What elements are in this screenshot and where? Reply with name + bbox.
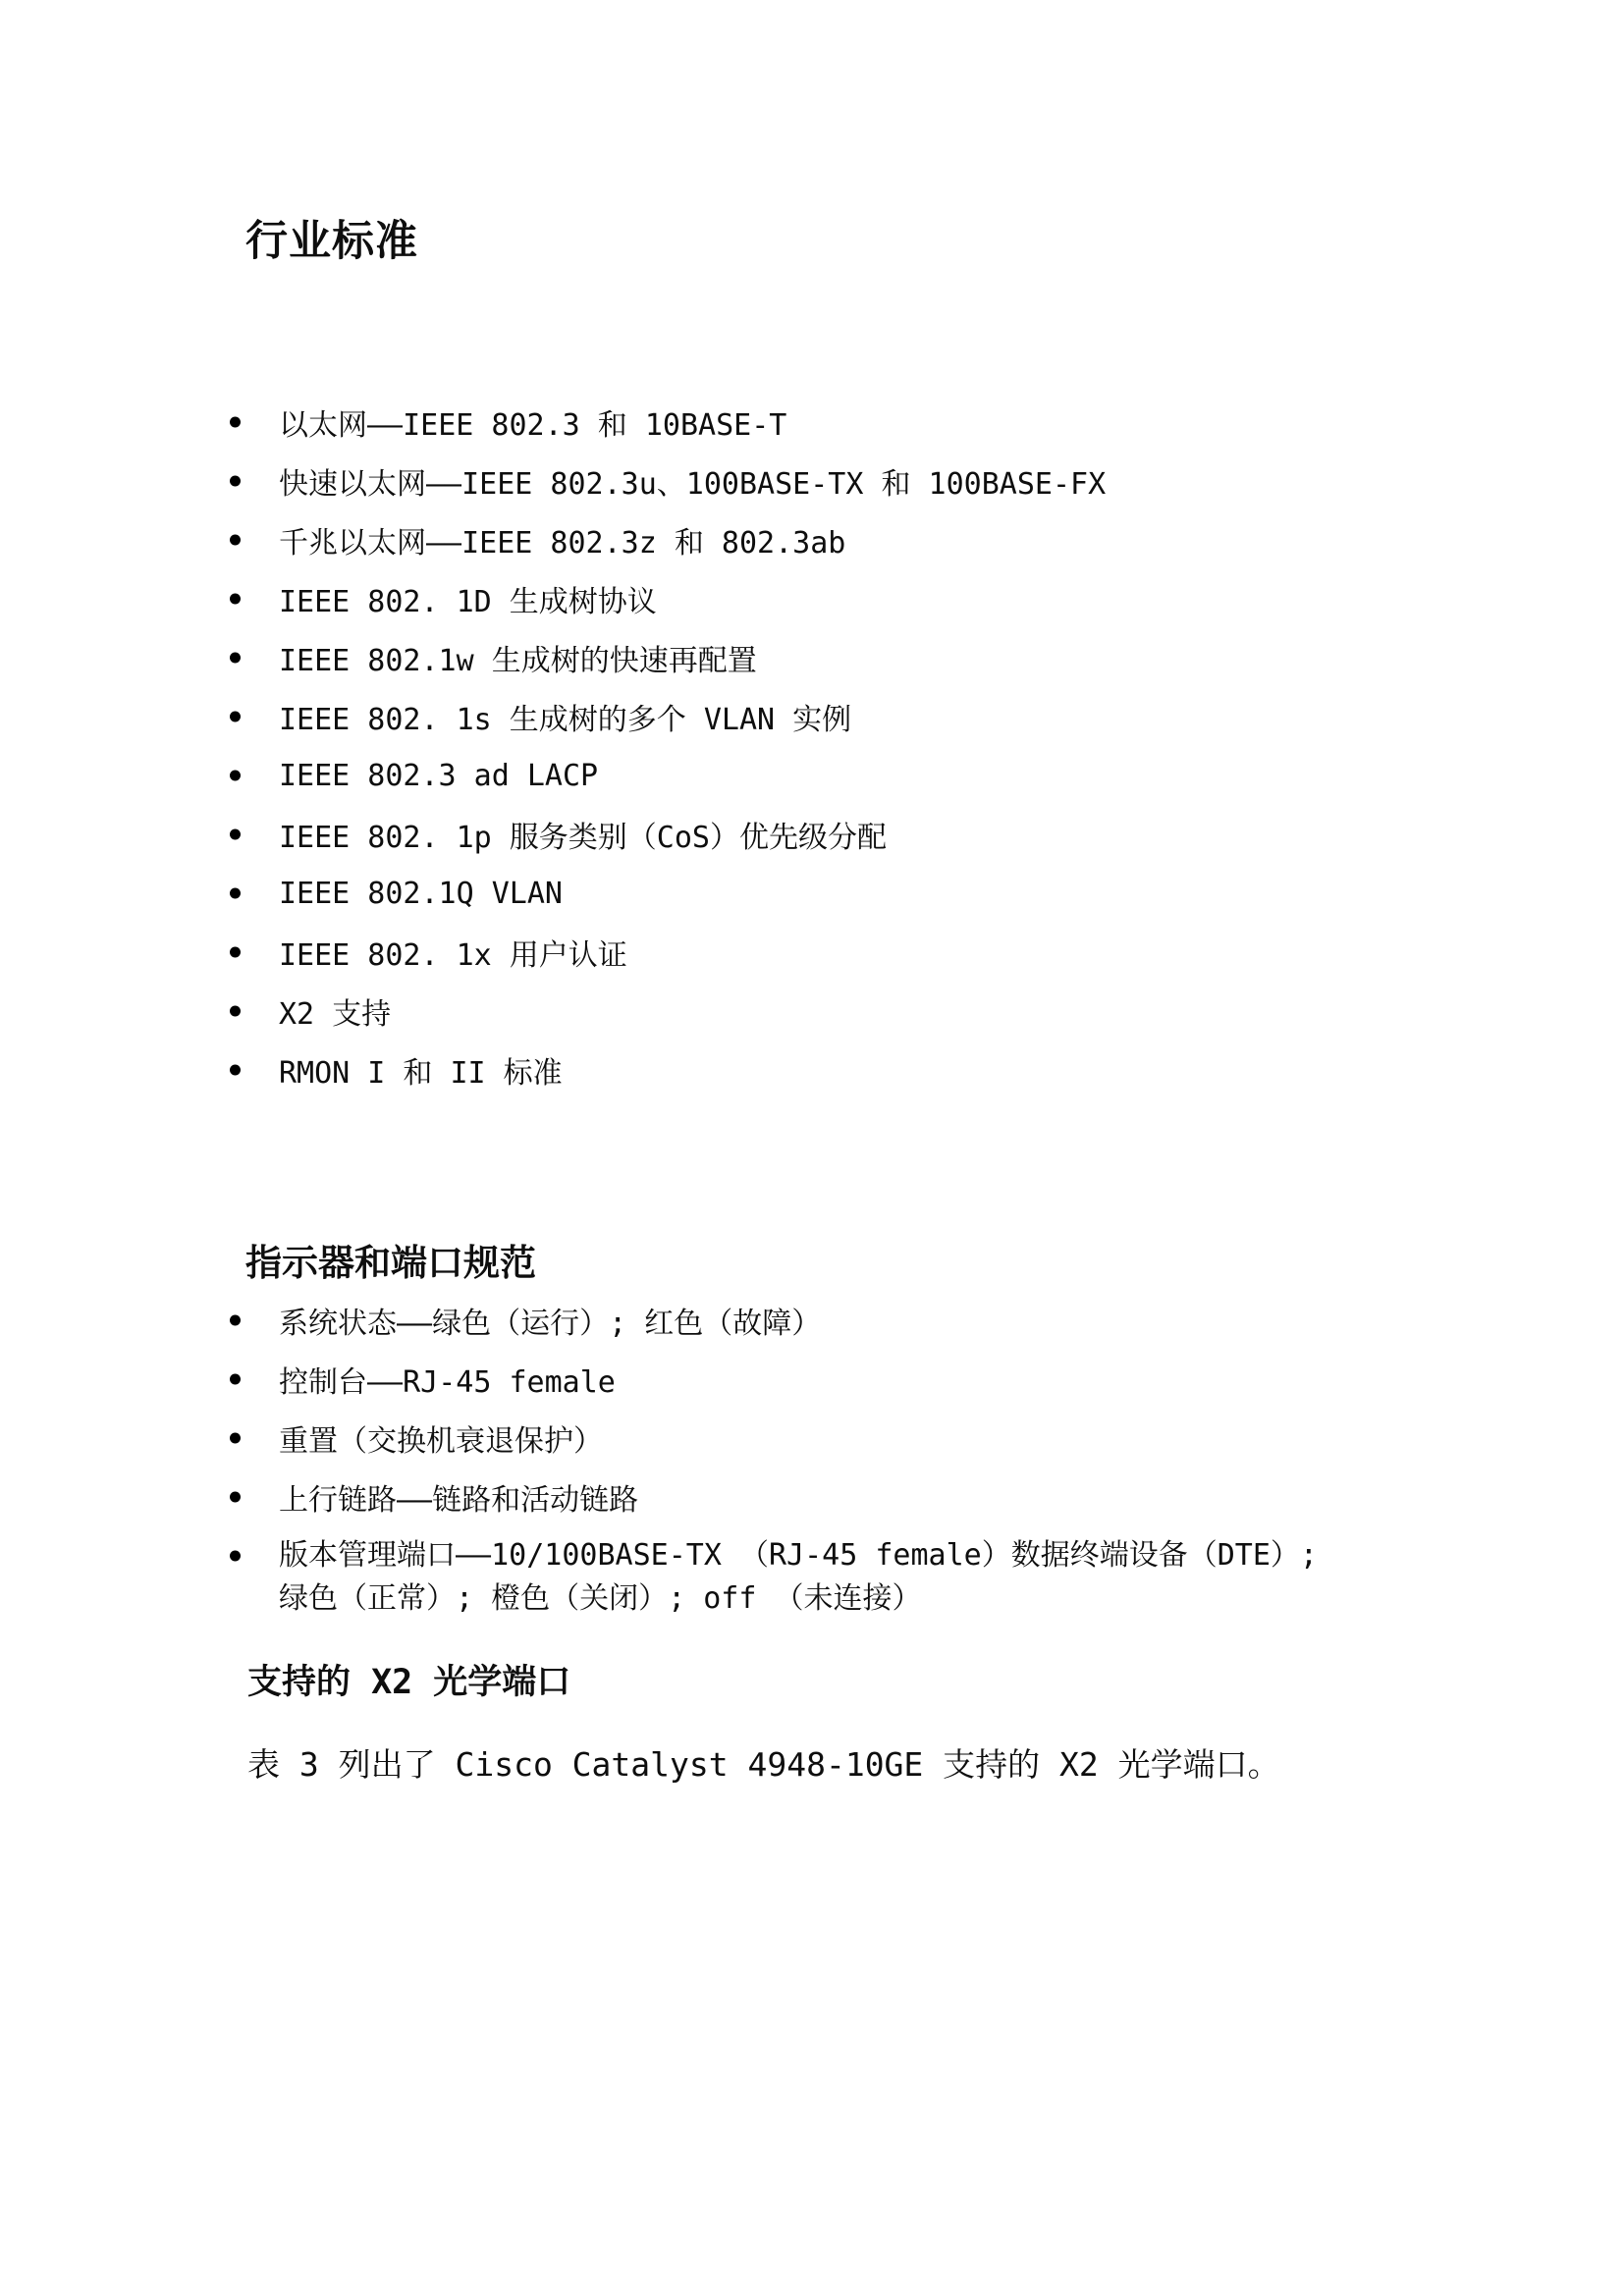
bullet-icon [230,1315,241,1326]
list-item-text: 版本管理端口——10/100BASE-TX （RJ-45 female）数据终端… [279,1534,1318,1621]
bullet-icon [230,829,241,840]
body-paragraph: 表 3 列出了 Cisco Catalyst 4948-10GE 支持的 X2 … [247,1739,1280,1786]
list-item-text: 重置（交换机衰退保护） [279,1416,603,1460]
list-item: IEEE 802. 1p 服务类别（CoS）优先级分配 [0,805,1624,864]
bullet-icon [230,888,241,899]
bullet-icon [230,1374,241,1385]
list-item-text: X2 支持 [279,989,391,1033]
list-item: RMON I 和 II 标准 [0,1041,1624,1099]
list-item-text: IEEE 802. 1s 生成树的多个 VLAN 实例 [279,695,851,738]
bullet-icon [230,712,241,722]
list-item: 上行链路——链路和活动链路 [0,1468,1624,1526]
list-item: IEEE 802. 1s 生成树的多个 VLAN 实例 [0,687,1624,746]
list-item: 系统状态——绿色（运行）; 红色（故障） [0,1291,1624,1350]
bullet-icon [230,535,241,546]
list-item-line-1: 版本管理端口——10/100BASE-TX （RJ-45 female）数据终端… [279,1534,1318,1577]
bullet-icon [230,1006,241,1017]
document-page: 行业标准 以太网——IEEE 802.3 和 10BASE-T 快速以太网——I… [0,0,1624,2296]
bullet-icon [230,476,241,487]
page-title: 行业标准 [245,208,418,268]
list-item-text: 快速以太网——IEEE 802.3u、100BASE-TX 和 100BASE-… [279,459,1106,503]
list-item-text: 以太网——IEEE 802.3 和 10BASE-T [279,400,786,444]
list-item-version-port: 版本管理端口——10/100BASE-TX （RJ-45 female）数据终端… [0,1526,1624,1629]
bullet-icon [230,1551,241,1562]
list-item-text: IEEE 802.1Q VLAN [279,877,563,911]
bullet-icon [230,1065,241,1076]
list-item-text: 系统状态——绿色（运行）; 红色（故障） [279,1299,821,1342]
standards-list: 以太网——IEEE 802.3 和 10BASE-T 快速以太网——IEEE 8… [0,393,1624,1099]
bullet-icon [230,1492,241,1503]
list-item-text: 千兆以太网——IEEE 802.3z 和 802.3ab [279,518,845,561]
bullet-icon [230,417,241,428]
list-item-text: IEEE 802.3 ad LACP [279,759,598,793]
list-item-line-2: 绿色（正常）; 橙色（关闭）; off （未连接） [279,1577,1318,1621]
list-item-text: RMON I 和 II 标准 [279,1048,563,1092]
bullet-icon [230,1433,241,1444]
list-item: IEEE 802.1Q VLAN [0,864,1624,923]
bullet-icon [230,771,241,781]
list-item-text: IEEE 802. 1p 服务类别（CoS）优先级分配 [279,813,887,856]
list-item: IEEE 802. 1D 生成树协议 [0,569,1624,628]
section-heading-x2-optics: 支持的 X2 光学端口 [247,1655,570,1704]
list-item: 以太网——IEEE 802.3 和 10BASE-T [0,393,1624,452]
list-item: IEEE 802.3 ad LACP [0,746,1624,805]
list-item: 控制台——RJ-45 female [0,1350,1624,1409]
list-item-text: IEEE 802. 1x 用户认证 [279,931,627,974]
bullet-icon [230,594,241,605]
list-item: X2 支持 [0,982,1624,1041]
bullet-icon [230,947,241,958]
list-item: 重置（交换机衰退保护） [0,1409,1624,1468]
list-item: IEEE 802. 1x 用户认证 [0,923,1624,982]
list-item-text: 控制台——RJ-45 female [279,1358,616,1401]
bullet-icon [230,653,241,664]
indicators-list: 系统状态——绿色（运行）; 红色（故障） 控制台——RJ-45 female 重… [0,1291,1624,1629]
list-item: 千兆以太网——IEEE 802.3z 和 802.3ab [0,510,1624,569]
list-item-text: IEEE 802.1w 生成树的快速再配置 [279,636,757,679]
list-item-text: 上行链路——链路和活动链路 [279,1475,638,1519]
list-item-text: IEEE 802. 1D 生成树协议 [279,577,657,620]
list-item: 快速以太网——IEEE 802.3u、100BASE-TX 和 100BASE-… [0,452,1624,510]
section-heading-indicators: 指示器和端口规范 [245,1233,536,1286]
list-item: IEEE 802.1w 生成树的快速再配置 [0,628,1624,687]
